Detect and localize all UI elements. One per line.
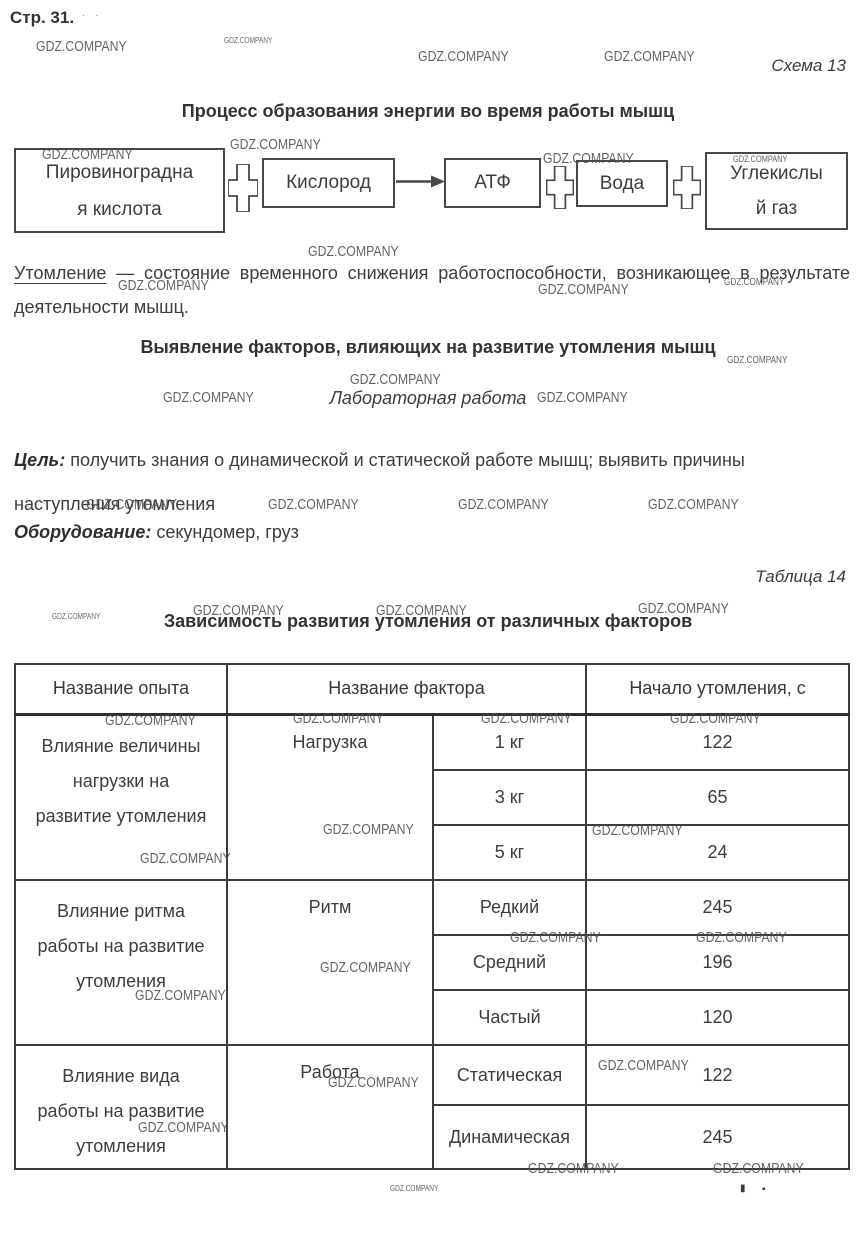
watermark-text: GDZ.COMPANY [135,987,226,1004]
table-header-row: Название опыта Название фактора Начало у… [15,664,849,714]
watermark-text: GDZ.COMPANY [320,959,411,976]
table-tag: Таблица 14 [446,567,846,587]
watermark-text: GDZ.COMPANY [696,929,787,946]
watermark-text: GDZ.COMPANY [604,48,695,65]
diagram-box-water: Вода [576,160,668,207]
factor-value-cell: 5 кг [433,825,586,880]
watermark-text: GDZ.COMPANY [230,136,321,153]
watermark-text: GDZ.COMPANY [268,496,359,513]
result-cell: 122 [586,1045,849,1105]
page-number-label: Стр. 31. [10,8,74,28]
watermark-text: GDZ.COMPANY [670,710,761,727]
diagram-box-atp: АТФ [444,158,541,208]
watermark-text: GDZ.COMPANY [140,850,231,867]
factor-value-cell: 3 кг [433,770,586,825]
watermark-text: GDZ.COMPANY [350,371,441,388]
watermark-text: GDZ.COMPANY [293,710,384,727]
arrow-right-icon [396,173,445,195]
watermark-text: GDZ.COMPANY [638,600,729,617]
factor-cell: Нагрузка [227,714,433,880]
result-cell: 245 [586,880,849,935]
watermark-text: GDZ.COMPANY [727,355,787,366]
factor-value-cell: Частый [433,990,586,1045]
watermark-text: GDZ.COMPANY [323,821,414,838]
result-cell: 120 [586,990,849,1045]
experiment-cell: Влияние ритма работы на развитие утомлен… [15,880,227,1045]
watermark-text: GDZ.COMPANY [308,243,399,260]
watermark-text: GDZ.COMPANY [592,822,683,839]
watermark-text: GDZ.COMPANY [598,1057,689,1074]
watermark-text: GDZ.COMPANY [224,36,272,45]
watermark-text: GDZ.COMPANY [528,1160,619,1177]
plus-icon [228,164,258,217]
goal-label: Цель: [14,450,65,470]
watermark-text: GDZ.COMPANY [193,602,284,619]
table-row: Влияние ритма работы на развитие утомлен… [15,880,849,935]
equipment-text: секундомер, груз [156,522,299,542]
watermark-text: GDZ.COMPANY [713,1160,804,1177]
result-cell: 65 [586,770,849,825]
watermark-text: GDZ.COMPANY [390,1184,438,1193]
factor-cell: Работа [227,1045,433,1169]
watermark-text: GDZ.COMPANY [543,150,634,167]
watermark-text: GDZ.COMPANY [52,612,100,621]
schema-title: Процесс образования энергии во время раб… [0,101,856,122]
plus-icon [546,166,574,214]
page-number-dots: . . [82,8,102,19]
table-row: Влияние вида работы на развитие утомлени… [15,1045,849,1105]
watermark-text: GDZ.COMPANY [538,281,629,298]
footer-mark: ▮ [740,1183,746,1194]
watermark-text: GDZ.COMPANY [36,38,127,55]
watermark-text: GDZ.COMPANY [418,48,509,65]
watermark-text: GDZ.COMPANY [481,710,572,727]
diagram-box-oxygen: Кислород [262,158,395,208]
definition-term: Утомление [14,263,106,283]
watermark-text: GDZ.COMPANY [163,389,254,406]
watermark-text: GDZ.COMPANY [537,389,628,406]
watermark-text: GDZ.COMPANY [733,154,787,164]
watermark-text: GDZ.COMPANY [510,929,601,946]
equipment-label: Оборудование: [14,522,151,542]
watermark-text: GDZ.COMPANY [105,712,196,729]
equipment-line: Оборудование: секундомер, груз [14,522,850,543]
lab-subheading: Лабораторная работа [0,388,856,409]
experiment-cell: Влияние вида работы на развитие утомлени… [15,1045,227,1169]
column-header-experiment: Название опыта [15,664,227,714]
column-header-factor: Название фактора [227,664,586,714]
column-header-result: Начало утомления, с [586,664,849,714]
footer-mark: ▪ [762,1184,766,1195]
watermark-text: GDZ.COMPANY [724,277,784,288]
document-page: Стр. 31. . . Схема 13 Процесс образовани… [0,0,856,1243]
watermark-text: GDZ.COMPANY [458,496,549,513]
watermark-text: GDZ.COMPANY [138,1119,229,1136]
watermark-text: GDZ.COMPANY [648,496,739,513]
schema-tag: Схема 13 [771,56,846,76]
results-table: Название опыта Название фактора Начало у… [14,663,850,1170]
factor-value-cell: Редкий [433,880,586,935]
watermark-text: GDZ.COMPANY [328,1074,419,1091]
watermark-text: GDZ.COMPANY [376,602,467,619]
plus-icon [673,166,701,214]
factor-value-cell: Статическая [433,1045,586,1105]
watermark-text: GDZ.COMPANY [86,496,177,513]
watermark-text: GDZ.COMPANY [118,277,209,294]
watermark-text: GDZ.COMPANY [42,146,133,163]
